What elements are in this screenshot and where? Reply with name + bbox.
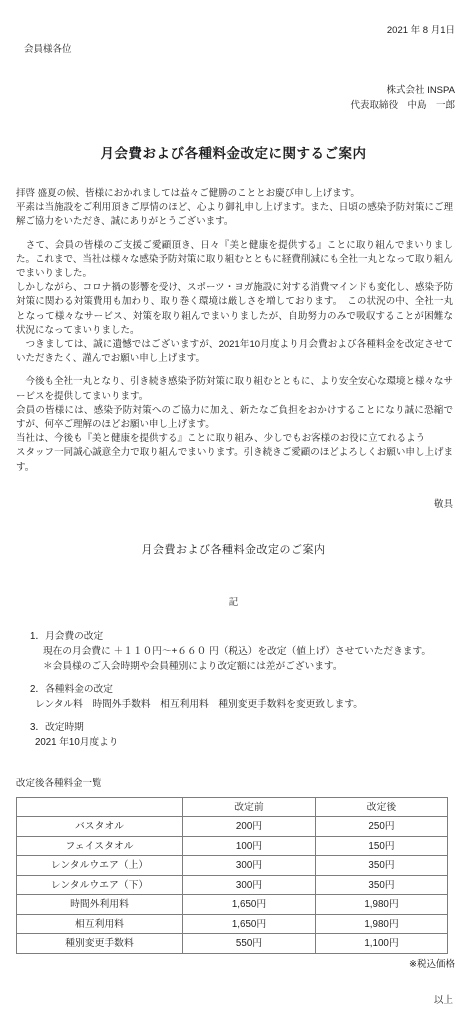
record-marker: 記 (0, 594, 467, 608)
table-row: 時間外利用料 1,650円 1,980円 (17, 895, 448, 915)
table-cell-after: 350円 (316, 856, 448, 876)
table-cell-item: レンタルウエア（上） (17, 856, 183, 876)
paragraph-line: さて、会員の皆様のご支援ご愛顧頂き、日々『美と健康を提供する』ことに取り組んでま… (16, 239, 453, 282)
representative-name: 代表取締役 中島 一郎 (0, 98, 455, 113)
list-item: 3．改定時期 2021 年10月度より (30, 720, 453, 750)
list-item-heading: 3．改定時期 (30, 720, 453, 735)
paragraph-line: スタッフ一同誠心誠意全力で取り組んでまいります。引き続きご愛顧のほどよろしくお願… (16, 446, 453, 474)
date: 2021 年 8 月1日 (0, 24, 455, 37)
table-cell-before: 100円 (183, 836, 316, 856)
list-item: 2．各種料金の改定 レンタル料 時間外手数料 相互利用料 種別変更手数料を変更致… (30, 682, 453, 712)
table-cell-before: 1,650円 (183, 895, 316, 915)
table-cell-after: 1,100円 (316, 934, 448, 954)
list-item-line: 現在の月会費に ＋１１０円～+６６０ 円（税込）を改定（値上げ）させていただきま… (43, 644, 453, 659)
table-header-cell: 改定前 (183, 797, 316, 817)
table-cell-after: 350円 (316, 875, 448, 895)
table-cell-before: 550円 (183, 934, 316, 954)
tax-note: ※税込価格 (0, 956, 455, 970)
table-cell-item: 時間外利用料 (17, 895, 183, 915)
fees-table: 改定前 改定後 バスタオル 200円 250円 フェイスタオル 100円 150… (16, 797, 448, 954)
recipient: 会員様各位 (24, 43, 467, 56)
paragraph-line: 今後も全社一丸となり、引き続き感染予防対策に取り組むとともに、より安全安心な環境… (16, 375, 453, 403)
table-header-cell: 改定後 (316, 797, 448, 817)
list-item-line: 2021 年10月度より (35, 735, 453, 750)
paragraph-line: しかしながら、コロナ禍の影響を受け、スポーツ・ヨガ施設に対する消費マインドも変化… (16, 281, 453, 338)
closing-keigu: 敬具 (0, 496, 453, 510)
main-title: 月会費および各種料金改定に関するご案内 (0, 142, 467, 162)
company-name: 株式会社 INSPA (0, 83, 455, 98)
table-row: レンタルウエア（上） 300円 350円 (17, 856, 448, 876)
end-marker: 以上 (0, 992, 453, 1006)
table-row: レンタルウエア（下） 300円 350円 (17, 875, 448, 895)
list-item-line: ＊会員様のご入会時期や会員種別により改定額には差がございます。 (43, 659, 453, 674)
table-cell-before: 300円 (183, 875, 316, 895)
table-row: フェイスタオル 100円 150円 (17, 836, 448, 856)
table-cell-item: レンタルウエア（下） (17, 875, 183, 895)
sub-title: 月会費および各種料金改定のご案内 (0, 541, 467, 557)
revision-list: 1．月会費の改定 現在の月会費に ＋１１０円～+６６０ 円（税込）を改定（値上げ… (30, 629, 453, 750)
paragraph-group: 今後も全社一丸となり、引き続き感染予防対策に取り組むとともに、より安全安心な環境… (16, 375, 453, 474)
table-cell-item: 相互利用料 (17, 914, 183, 934)
list-item-line: レンタル料 時間外手数料 相互利用料 種別変更手数料を変更致します。 (35, 697, 453, 712)
table-row: バスタオル 200円 250円 (17, 817, 448, 837)
paragraph-line: 当社は、今後も『美と健康を提供する』ことに取り組み、少しでもお客様のお役に立てれ… (16, 432, 453, 446)
sender-block: 株式会社 INSPA 代表取締役 中島 一郎 (0, 83, 455, 113)
table-cell-after: 150円 (316, 836, 448, 856)
document-page: 2021 年 8 月1日 会員様各位 株式会社 INSPA 代表取締役 中島 一… (0, 0, 467, 1024)
table-cell-before: 300円 (183, 856, 316, 876)
letter-body: 拝啓 盛夏の候、皆様におかれましては益々ご健勝のこととお慶び申し上げます。 平素… (16, 187, 453, 475)
table-header-cell (17, 797, 183, 817)
table-cell-after: 250円 (316, 817, 448, 837)
paragraph-line: 会員の皆様には、感染予防対策へのご協力に加え、新たなご負担をおかけすることになり… (16, 404, 453, 432)
table-row: 相互利用料 1,650円 1,980円 (17, 914, 448, 934)
paragraph-line: 平素は当施設をご利用頂きご厚情のほど、心より御礼申し上げます。また、日頃の感染予… (16, 201, 453, 229)
paragraph-line: つきましては、誠に遺憾ではございますが、2021年10月度より月会費および各種料… (16, 338, 453, 366)
table-cell-before: 200円 (183, 817, 316, 837)
list-item: 1．月会費の改定 現在の月会費に ＋１１０円～+６６０ 円（税込）を改定（値上げ… (30, 629, 453, 674)
paragraph-line: 拝啓 盛夏の候、皆様におかれましては益々ご健勝のこととお慶び申し上げます。 (16, 187, 453, 201)
list-item-heading: 1．月会費の改定 (30, 629, 453, 644)
table-caption: 改定後各種料金一覧 (16, 775, 467, 789)
table-cell-before: 1,650円 (183, 914, 316, 934)
list-item-heading: 2．各種料金の改定 (30, 682, 453, 697)
table-cell-item: 種別変更手数料 (17, 934, 183, 954)
table-cell-after: 1,980円 (316, 895, 448, 915)
table-header-row: 改定前 改定後 (17, 797, 448, 817)
table-cell-item: フェイスタオル (17, 836, 183, 856)
table-row: 種別変更手数料 550円 1,100円 (17, 934, 448, 954)
table-cell-after: 1,980円 (316, 914, 448, 934)
paragraph-group: 拝啓 盛夏の候、皆様におかれましては益々ご健勝のこととお慶び申し上げます。 平素… (16, 187, 453, 230)
paragraph-group: さて、会員の皆様のご支援ご愛顧頂き、日々『美と健康を提供する』ことに取り組んでま… (16, 239, 453, 367)
table-cell-item: バスタオル (17, 817, 183, 837)
